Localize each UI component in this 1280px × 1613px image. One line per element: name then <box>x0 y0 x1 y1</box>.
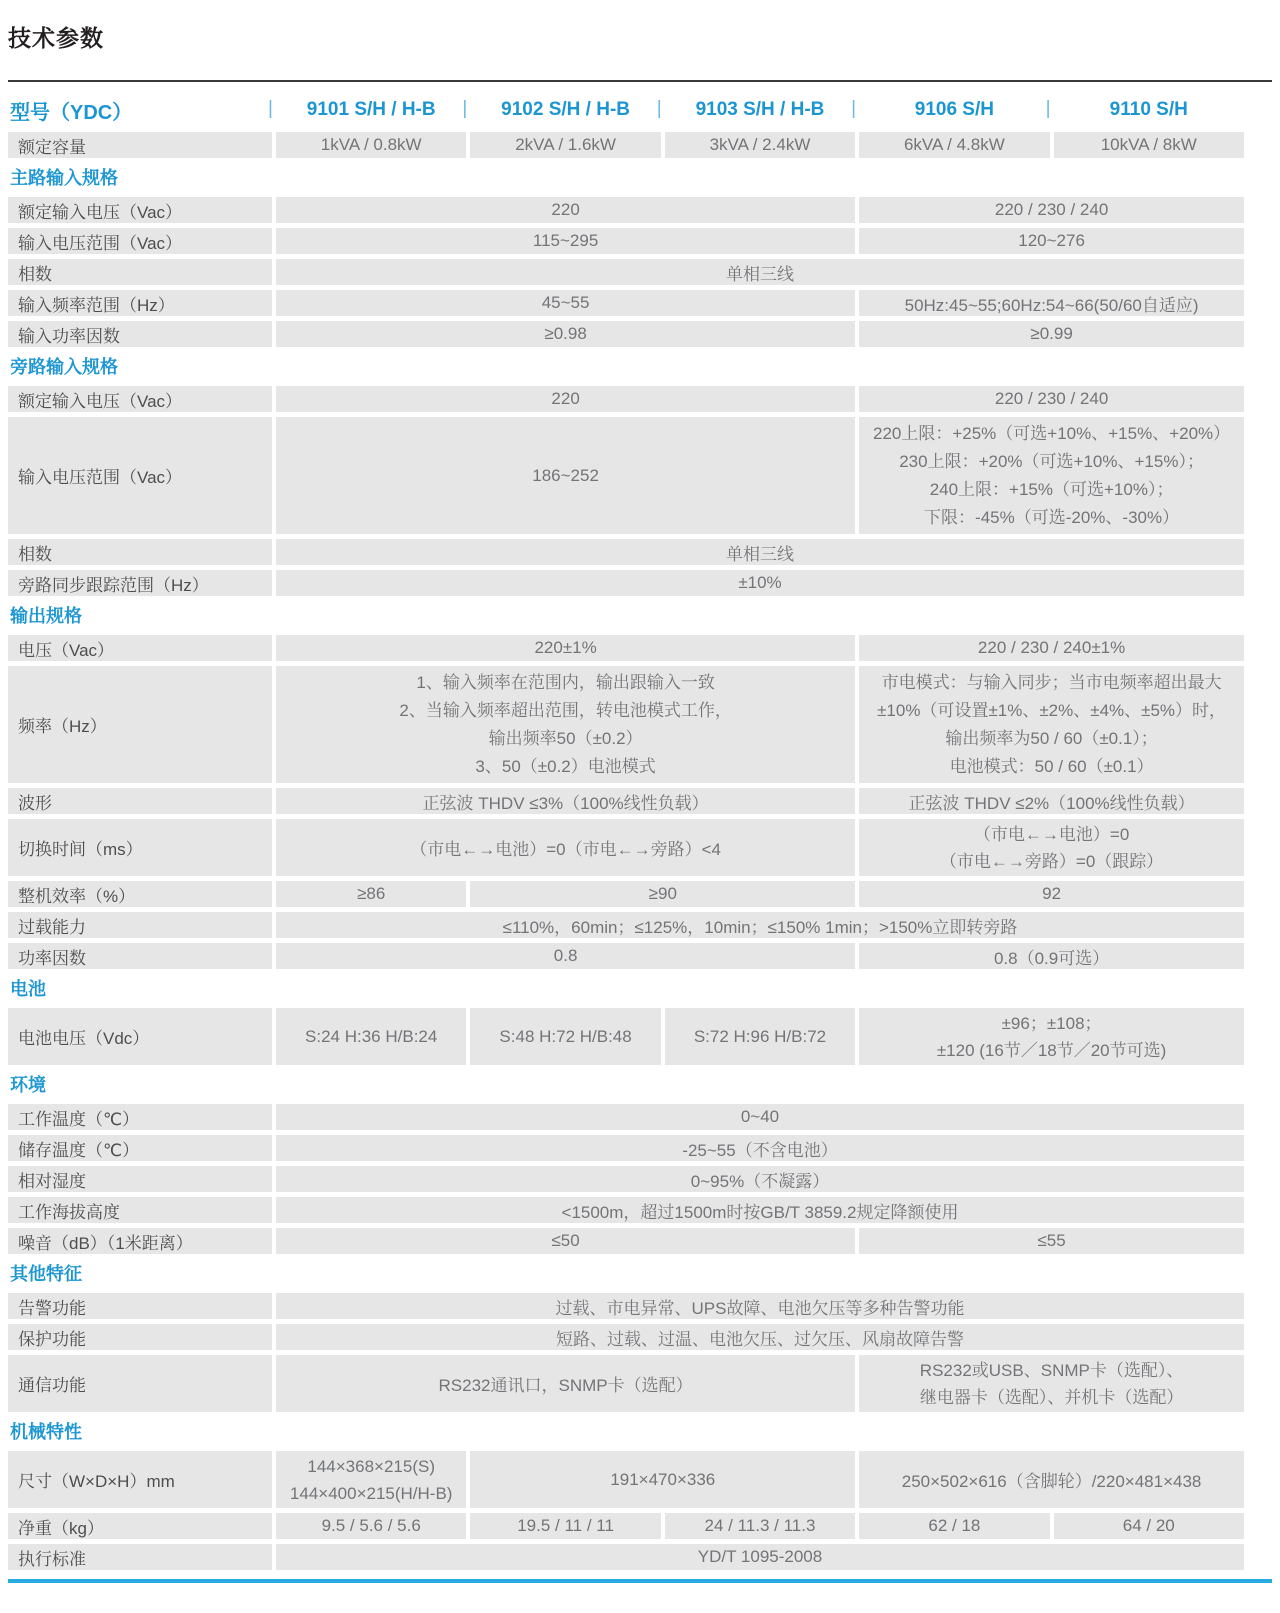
cell-net-weight-3: 24 / 11.3 / 11.3 <box>665 1513 855 1539</box>
row-protection-function: 保护功能短路、过载、过温、电池欠压、过欠压、风扇故障告警 <box>8 1324 1272 1350</box>
row-label-battery-voltage: 电池电压（Vdc） <box>8 1008 272 1065</box>
cell-line: 240上限：+15%（可选+10%）； <box>930 476 1174 504</box>
row-label-waveform: 波形 <box>8 788 272 814</box>
row-bypass-input-voltage-range: 输入电压范围（Vac）186~252220上限：+25%（可选+10%、+15%… <box>8 417 1272 534</box>
cell-rated-capacity-1: 1kVA / 0.8kW <box>276 132 466 158</box>
cell-line: （市电←→旁路）=0（跟踪） <box>940 848 1163 875</box>
row-label-standard: 执行标准 <box>8 1544 272 1570</box>
cell-efficiency-3: 92 <box>859 881 1244 907</box>
cell-line: 220上限：+25%（可选+10%、+15%、+20%） <box>873 420 1230 448</box>
cell-line: 144×400×215(H/H-B) <box>290 1480 453 1507</box>
column-separator: | <box>462 98 467 120</box>
cell-line: ±120 (16节／18节／20节可选) <box>937 1037 1166 1064</box>
row-standard: 执行标准YD/T 1095-2008 <box>8 1544 1272 1570</box>
cell-relative-humidity-1: 0~95%（不凝露） <box>276 1166 1244 1192</box>
cell-input-power-factor-2: ≥0.99 <box>859 321 1244 347</box>
cell-dimensions-3: 250×502×616（含脚轮）/220×481×438 <box>859 1451 1244 1508</box>
section-main-input-specs: 主路输入规格 <box>10 168 1272 188</box>
cell-operating-altitude-1: <1500m，超过1500m时按GB/T 3859.2规定降额使用 <box>276 1197 1244 1223</box>
cell-line: 输出频率50（±0.2） <box>489 725 643 753</box>
row-operating-altitude: 工作海拔高度<1500m，超过1500m时按GB/T 3859.2规定降额使用 <box>8 1197 1272 1223</box>
cell-efficiency-2: ≥90 <box>470 881 855 907</box>
row-communication-function: 通信功能RS232通讯口，SNMP卡（选配）RS232或USB、SNMP卡（选配… <box>8 1355 1272 1412</box>
cell-output-frequency-1: 1、输入频率在范围内，输出跟输入一致2、当输入频率超出范围，转电池模式工作，输出… <box>276 666 855 783</box>
spec-sheet: 技术参数 型号（YDC） |9101 S/H / H-B|9102 S/H / … <box>0 0 1280 1583</box>
cell-dimensions-2: 191×470×336 <box>470 1451 855 1508</box>
row-output-power-factor: 功率因数0.80.8（0.9可选） <box>8 943 1272 969</box>
page-title: 技术参数 <box>8 20 1272 53</box>
cell-rated-capacity-4: 6kVA / 4.8kW <box>859 132 1049 158</box>
row-label-net-weight: 净重（kg） <box>8 1513 272 1539</box>
cell-noise-2: ≤55 <box>859 1228 1244 1254</box>
row-label-noise: 噪音（dB）（1米距离） <box>8 1228 272 1254</box>
row-bypass-phase-count: 相数单相三线 <box>8 539 1272 565</box>
cell-line: ±96；±108； <box>1002 1010 1102 1037</box>
cell-standard-1: YD/T 1095-2008 <box>276 1544 1244 1570</box>
column-separator: | <box>657 98 662 120</box>
row-dimensions: 尺寸（W×D×H）mm144×368×215(S)144×400×215(H/H… <box>8 1451 1272 1508</box>
cell-transfer-time-1: （市电←→电池）=0（市电←→旁路）<4 <box>276 819 855 876</box>
row-label-dimensions: 尺寸（W×D×H）mm <box>8 1451 272 1508</box>
cell-line: 市电模式：与输入同步；当市电频率超出最大 <box>882 669 1222 697</box>
column-separator: | <box>851 98 856 120</box>
cell-dimensions-1: 144×368×215(S)144×400×215(H/H-B) <box>276 1451 466 1508</box>
cell-net-weight-5: 64 / 20 <box>1054 1513 1244 1539</box>
row-label-communication-function: 通信功能 <box>8 1355 272 1412</box>
row-label-protection-function: 保护功能 <box>8 1324 272 1350</box>
row-transfer-time: 切换时间（ms）（市电←→电池）=0（市电←→旁路）<4（市电←→电池）=0（市… <box>8 819 1272 876</box>
cell-line: ±10%（可设置±1%、±2%、±4%、±5%）时， <box>877 697 1226 725</box>
model-name: 9106 S/H <box>915 99 994 120</box>
row-label-operating-altitude: 工作海拔高度 <box>8 1197 272 1223</box>
section-battery: 电池 <box>10 979 1272 999</box>
row-label-alarm-function: 告警功能 <box>8 1293 272 1319</box>
row-battery-voltage: 电池电压（Vdc）S:24 H:36 H/B:24S:48 H:72 H/B:4… <box>8 1008 1272 1065</box>
row-label-rated-input-voltage: 额定输入电压（Vac） <box>8 197 272 223</box>
cell-battery-voltage-3: S:72 H:96 H/B:72 <box>665 1008 855 1065</box>
row-label-bypass-phase-count: 相数 <box>8 539 272 565</box>
cell-battery-voltage-1: S:24 H:36 H/B:24 <box>276 1008 466 1065</box>
cell-rated-input-voltage-2: 220 / 230 / 240 <box>859 197 1244 223</box>
column-separator: | <box>268 98 273 120</box>
bottom-rule <box>8 1579 1272 1583</box>
cell-alarm-function-1: 过载、市电异常、UPS故障、电池欠压等多种告警功能 <box>276 1293 1244 1319</box>
cell-efficiency-1: ≥86 <box>276 881 466 907</box>
row-label-input-voltage-range: 输入电压范围（Vac） <box>8 228 272 254</box>
row-label-storage-temperature: 储存温度（℃） <box>8 1135 272 1161</box>
section-bypass-input-specs: 旁路输入规格 <box>10 357 1272 377</box>
cell-line: 3、50（±0.2）电池模式 <box>475 753 655 781</box>
row-label-relative-humidity: 相对湿度 <box>8 1166 272 1192</box>
row-waveform: 波形正弦波 THDV ≤3%（100%线性负载）正弦波 THDV ≤2%（100… <box>8 788 1272 814</box>
row-efficiency: 整机效率（%）≥86≥9092 <box>8 881 1272 907</box>
cell-input-power-factor-1: ≥0.98 <box>276 321 855 347</box>
cell-rated-capacity-5: 10kVA / 8kW <box>1054 132 1244 158</box>
row-noise: 噪音（dB）（1米距离）≤50≤55 <box>8 1228 1272 1254</box>
cell-output-voltage-2: 220 / 230 / 240±1% <box>859 635 1244 661</box>
row-label-overload-capacity: 过载能力 <box>8 912 272 938</box>
row-label-efficiency: 整机效率（%） <box>8 881 272 907</box>
cell-line: 230上限：+20%（可选+10%、+15%）； <box>899 448 1204 476</box>
cell-line: 电池模式：50 / 60（±0.1） <box>950 753 1154 781</box>
models-header: 型号（YDC） |9101 S/H / H-B|9102 S/H / H-B|9… <box>8 93 1272 127</box>
row-storage-temperature: 储存温度（℃）-25~55（不含电池） <box>8 1135 1272 1161</box>
cell-output-voltage-1: 220±1% <box>276 635 855 661</box>
cell-output-frequency-2: 市电模式：与输入同步；当市电频率超出最大±10%（可设置±1%、±2%、±4%、… <box>859 666 1244 783</box>
cell-rated-input-voltage-1: 220 <box>276 197 855 223</box>
top-rule <box>8 80 1272 82</box>
cell-input-frequency-range-1: 45~55 <box>276 290 855 316</box>
model-name: 9102 S/H / H-B <box>501 99 630 120</box>
cell-bypass-rated-input-voltage-2: 220 / 230 / 240 <box>859 386 1244 412</box>
model-name: 9110 S/H <box>1110 99 1188 120</box>
row-output-frequency: 频率（Hz）1、输入频率在范围内，输出跟输入一致2、当输入频率超出范围，转电池模… <box>8 666 1272 783</box>
cell-protection-function-1: 短路、过载、过温、电池欠压、过欠压、风扇故障告警 <box>276 1324 1244 1350</box>
cell-line: 2、当输入频率超出范围，转电池模式工作， <box>399 697 731 725</box>
cell-bypass-input-voltage-range-2: 220上限：+25%（可选+10%、+15%、+20%）230上限：+20%（可… <box>859 417 1244 534</box>
row-label-output-voltage: 电压（Vac） <box>8 635 272 661</box>
row-rated-capacity: 额定容量1kVA / 0.8kW2kVA / 1.6kW3kVA / 2.4kW… <box>8 132 1272 158</box>
row-input-frequency-range: 输入频率范围（Hz）45~5550Hz:45~55;60Hz:54~66(50/… <box>8 290 1272 316</box>
models-header-label: 型号（YDC） <box>8 96 272 125</box>
cell-battery-voltage-4: ±96；±108；±120 (16节／18节／20节可选) <box>859 1008 1244 1065</box>
cell-operating-temperature-1: 0~40 <box>276 1104 1244 1130</box>
cell-line: 1、输入频率在范围内，输出跟输入一致 <box>416 669 714 697</box>
cell-line: 下限：-45%（可选-20%、-30%） <box>924 504 1179 532</box>
cell-communication-function-1: RS232通讯口，SNMP卡（选配） <box>276 1355 855 1412</box>
cell-bypass-sync-tracking-range-1: ±10% <box>276 570 1244 596</box>
cell-battery-voltage-2: S:48 H:72 H/B:48 <box>470 1008 660 1065</box>
cell-rated-capacity-3: 3kVA / 2.4kW <box>665 132 855 158</box>
cell-line: 144×368×215(S) <box>307 1453 435 1480</box>
cell-bypass-input-voltage-range-1: 186~252 <box>276 417 855 534</box>
row-operating-temperature: 工作温度（℃）0~40 <box>8 1104 1272 1130</box>
row-label-input-power-factor: 输入功率因数 <box>8 321 272 347</box>
row-alarm-function: 告警功能过载、市电异常、UPS故障、电池欠压等多种告警功能 <box>8 1293 1272 1319</box>
cell-output-power-factor-2: 0.8（0.9可选） <box>859 943 1244 969</box>
model-column-header: |9103 S/H / H-B <box>665 99 855 121</box>
row-label-input-frequency-range: 输入频率范围（Hz） <box>8 290 272 316</box>
model-name: 9101 S/H / H-B <box>307 99 436 120</box>
section-other-features: 其他特征 <box>10 1264 1272 1284</box>
row-label-output-frequency: 频率（Hz） <box>8 666 272 783</box>
model-column-header: |9101 S/H / H-B <box>276 99 466 121</box>
cell-waveform-2: 正弦波 THDV ≤2%（100%线性负载） <box>859 788 1244 814</box>
cell-output-power-factor-1: 0.8 <box>276 943 855 969</box>
row-label-rated-capacity: 额定容量 <box>8 132 272 158</box>
row-label-operating-temperature: 工作温度（℃） <box>8 1104 272 1130</box>
model-column-header: |9110 S/H <box>1054 99 1244 121</box>
cell-line: （市电←→电池）=0 <box>974 821 1129 848</box>
row-label-output-power-factor: 功率因数 <box>8 943 272 969</box>
cell-rated-capacity-2: 2kVA / 1.6kW <box>470 132 660 158</box>
row-relative-humidity: 相对湿度0~95%（不凝露） <box>8 1166 1272 1192</box>
model-column-header: |9102 S/H / H-B <box>470 99 660 121</box>
cell-input-voltage-range-1: 115~295 <box>276 228 855 254</box>
row-net-weight: 净重（kg）9.5 / 5.6 / 5.619.5 / 11 / 1124 / … <box>8 1513 1272 1539</box>
cell-line: 继电器卡（选配）、并机卡（选配） <box>920 1384 1184 1411</box>
model-column-header: |9106 S/H <box>859 99 1049 121</box>
section-mechanical: 机械特性 <box>10 1422 1272 1442</box>
row-bypass-sync-tracking-range: 旁路同步跟踪范围（Hz）±10% <box>8 570 1272 596</box>
row-overload-capacity: 过载能力≤110%，60min；≤125%，10min；≤150% 1min；>… <box>8 912 1272 938</box>
cell-transfer-time-2: （市电←→电池）=0（市电←→旁路）=0（跟踪） <box>859 819 1244 876</box>
column-separator: | <box>1046 98 1051 120</box>
cell-phase-count-1: 单相三线 <box>276 259 1244 285</box>
row-input-power-factor: 输入功率因数≥0.98≥0.99 <box>8 321 1272 347</box>
row-label-bypass-sync-tracking-range: 旁路同步跟踪范围（Hz） <box>8 570 272 596</box>
cell-net-weight-1: 9.5 / 5.6 / 5.6 <box>276 1513 466 1539</box>
row-label-phase-count: 相数 <box>8 259 272 285</box>
row-phase-count: 相数单相三线 <box>8 259 1272 285</box>
section-environment: 环境 <box>10 1075 1272 1095</box>
cell-waveform-1: 正弦波 THDV ≤3%（100%线性负载） <box>276 788 855 814</box>
cell-input-voltage-range-2: 120~276 <box>859 228 1244 254</box>
row-bypass-rated-input-voltage: 额定输入电压（Vac）220220 / 230 / 240 <box>8 386 1272 412</box>
cell-communication-function-2: RS232或USB、SNMP卡（选配）、继电器卡（选配）、并机卡（选配） <box>859 1355 1244 1412</box>
cell-noise-1: ≤50 <box>276 1228 855 1254</box>
model-name: 9103 S/H / H-B <box>696 99 825 120</box>
row-label-bypass-rated-input-voltage: 额定输入电压（Vac） <box>8 386 272 412</box>
row-rated-input-voltage: 额定输入电压（Vac）220220 / 230 / 240 <box>8 197 1272 223</box>
row-label-bypass-input-voltage-range: 输入电压范围（Vac） <box>8 417 272 534</box>
cell-net-weight-4: 62 / 18 <box>859 1513 1049 1539</box>
row-input-voltage-range: 输入电压范围（Vac）115~295120~276 <box>8 228 1272 254</box>
cell-storage-temperature-1: -25~55（不含电池） <box>276 1135 1244 1161</box>
cell-bypass-phase-count-1: 单相三线 <box>276 539 1244 565</box>
cell-line: RS232或USB、SNMP卡（选配）、 <box>920 1357 1184 1384</box>
cell-overload-capacity-1: ≤110%，60min；≤125%，10min；≤150% 1min；>150%… <box>276 912 1244 938</box>
cell-line: 输出频率为50 / 60（±0.1）； <box>945 725 1157 753</box>
cell-net-weight-2: 19.5 / 11 / 11 <box>470 1513 660 1539</box>
cell-input-frequency-range-2: 50Hz:45~55;60Hz:54~66(50/60自适应) <box>859 290 1244 316</box>
cell-bypass-rated-input-voltage-1: 220 <box>276 386 855 412</box>
row-output-voltage: 电压（Vac）220±1%220 / 230 / 240±1% <box>8 635 1272 661</box>
row-label-transfer-time: 切换时间（ms） <box>8 819 272 876</box>
spec-table: 额定容量1kVA / 0.8kW2kVA / 1.6kW3kVA / 2.4kW… <box>8 132 1272 1570</box>
section-output-specs: 输出规格 <box>10 606 1272 626</box>
